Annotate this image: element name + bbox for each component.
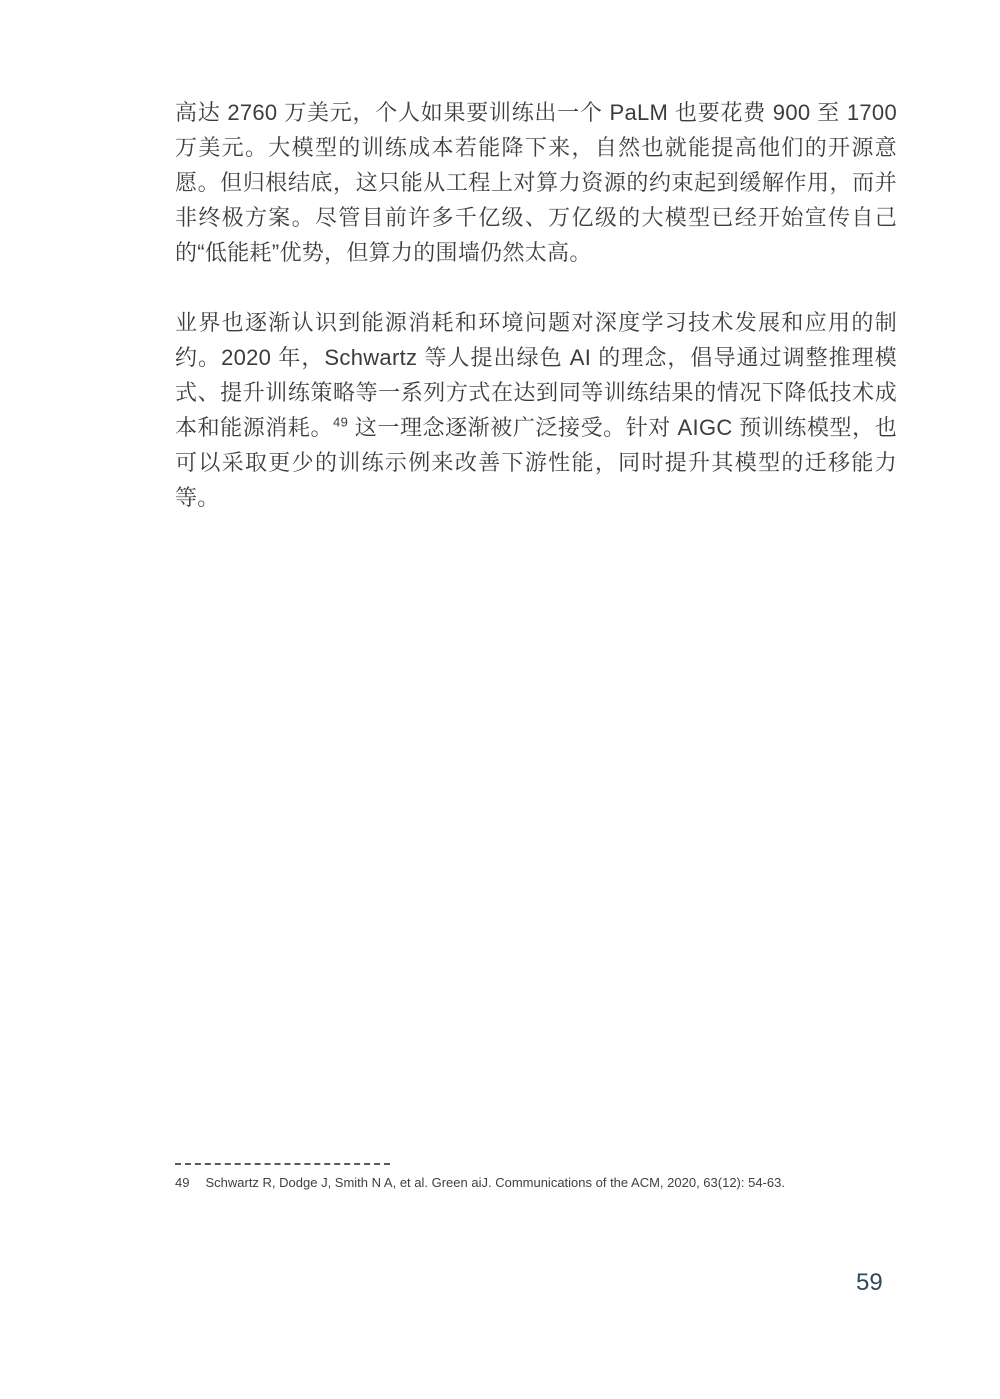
document-page: 高达 2760 万美元，个人如果要训练出一个 PaLM 也要花费 900 至 1… — [0, 0, 1000, 1399]
footnote-text: Schwartz R, Dodge J, Smith N A, et al. G… — [205, 1175, 785, 1190]
footnote-reference-superscript: 49 — [333, 415, 348, 430]
footnote-separator — [175, 1163, 390, 1165]
footnote-number: 49 — [175, 1174, 189, 1191]
page-number: 59 — [856, 1266, 883, 1300]
footnote-area: 49Schwartz R, Dodge J, Smith N A, et al.… — [175, 1163, 897, 1191]
footnote: 49Schwartz R, Dodge J, Smith N A, et al.… — [175, 1174, 897, 1191]
paragraph-1: 高达 2760 万美元，个人如果要训练出一个 PaLM 也要花费 900 至 1… — [175, 95, 897, 270]
paragraph-2: 业界也逐渐认识到能源消耗和环境问题对深度学习技术发展和应用的制约。2020 年，… — [175, 305, 897, 515]
body-text: 高达 2760 万美元，个人如果要训练出一个 PaLM 也要花费 900 至 1… — [175, 95, 897, 515]
